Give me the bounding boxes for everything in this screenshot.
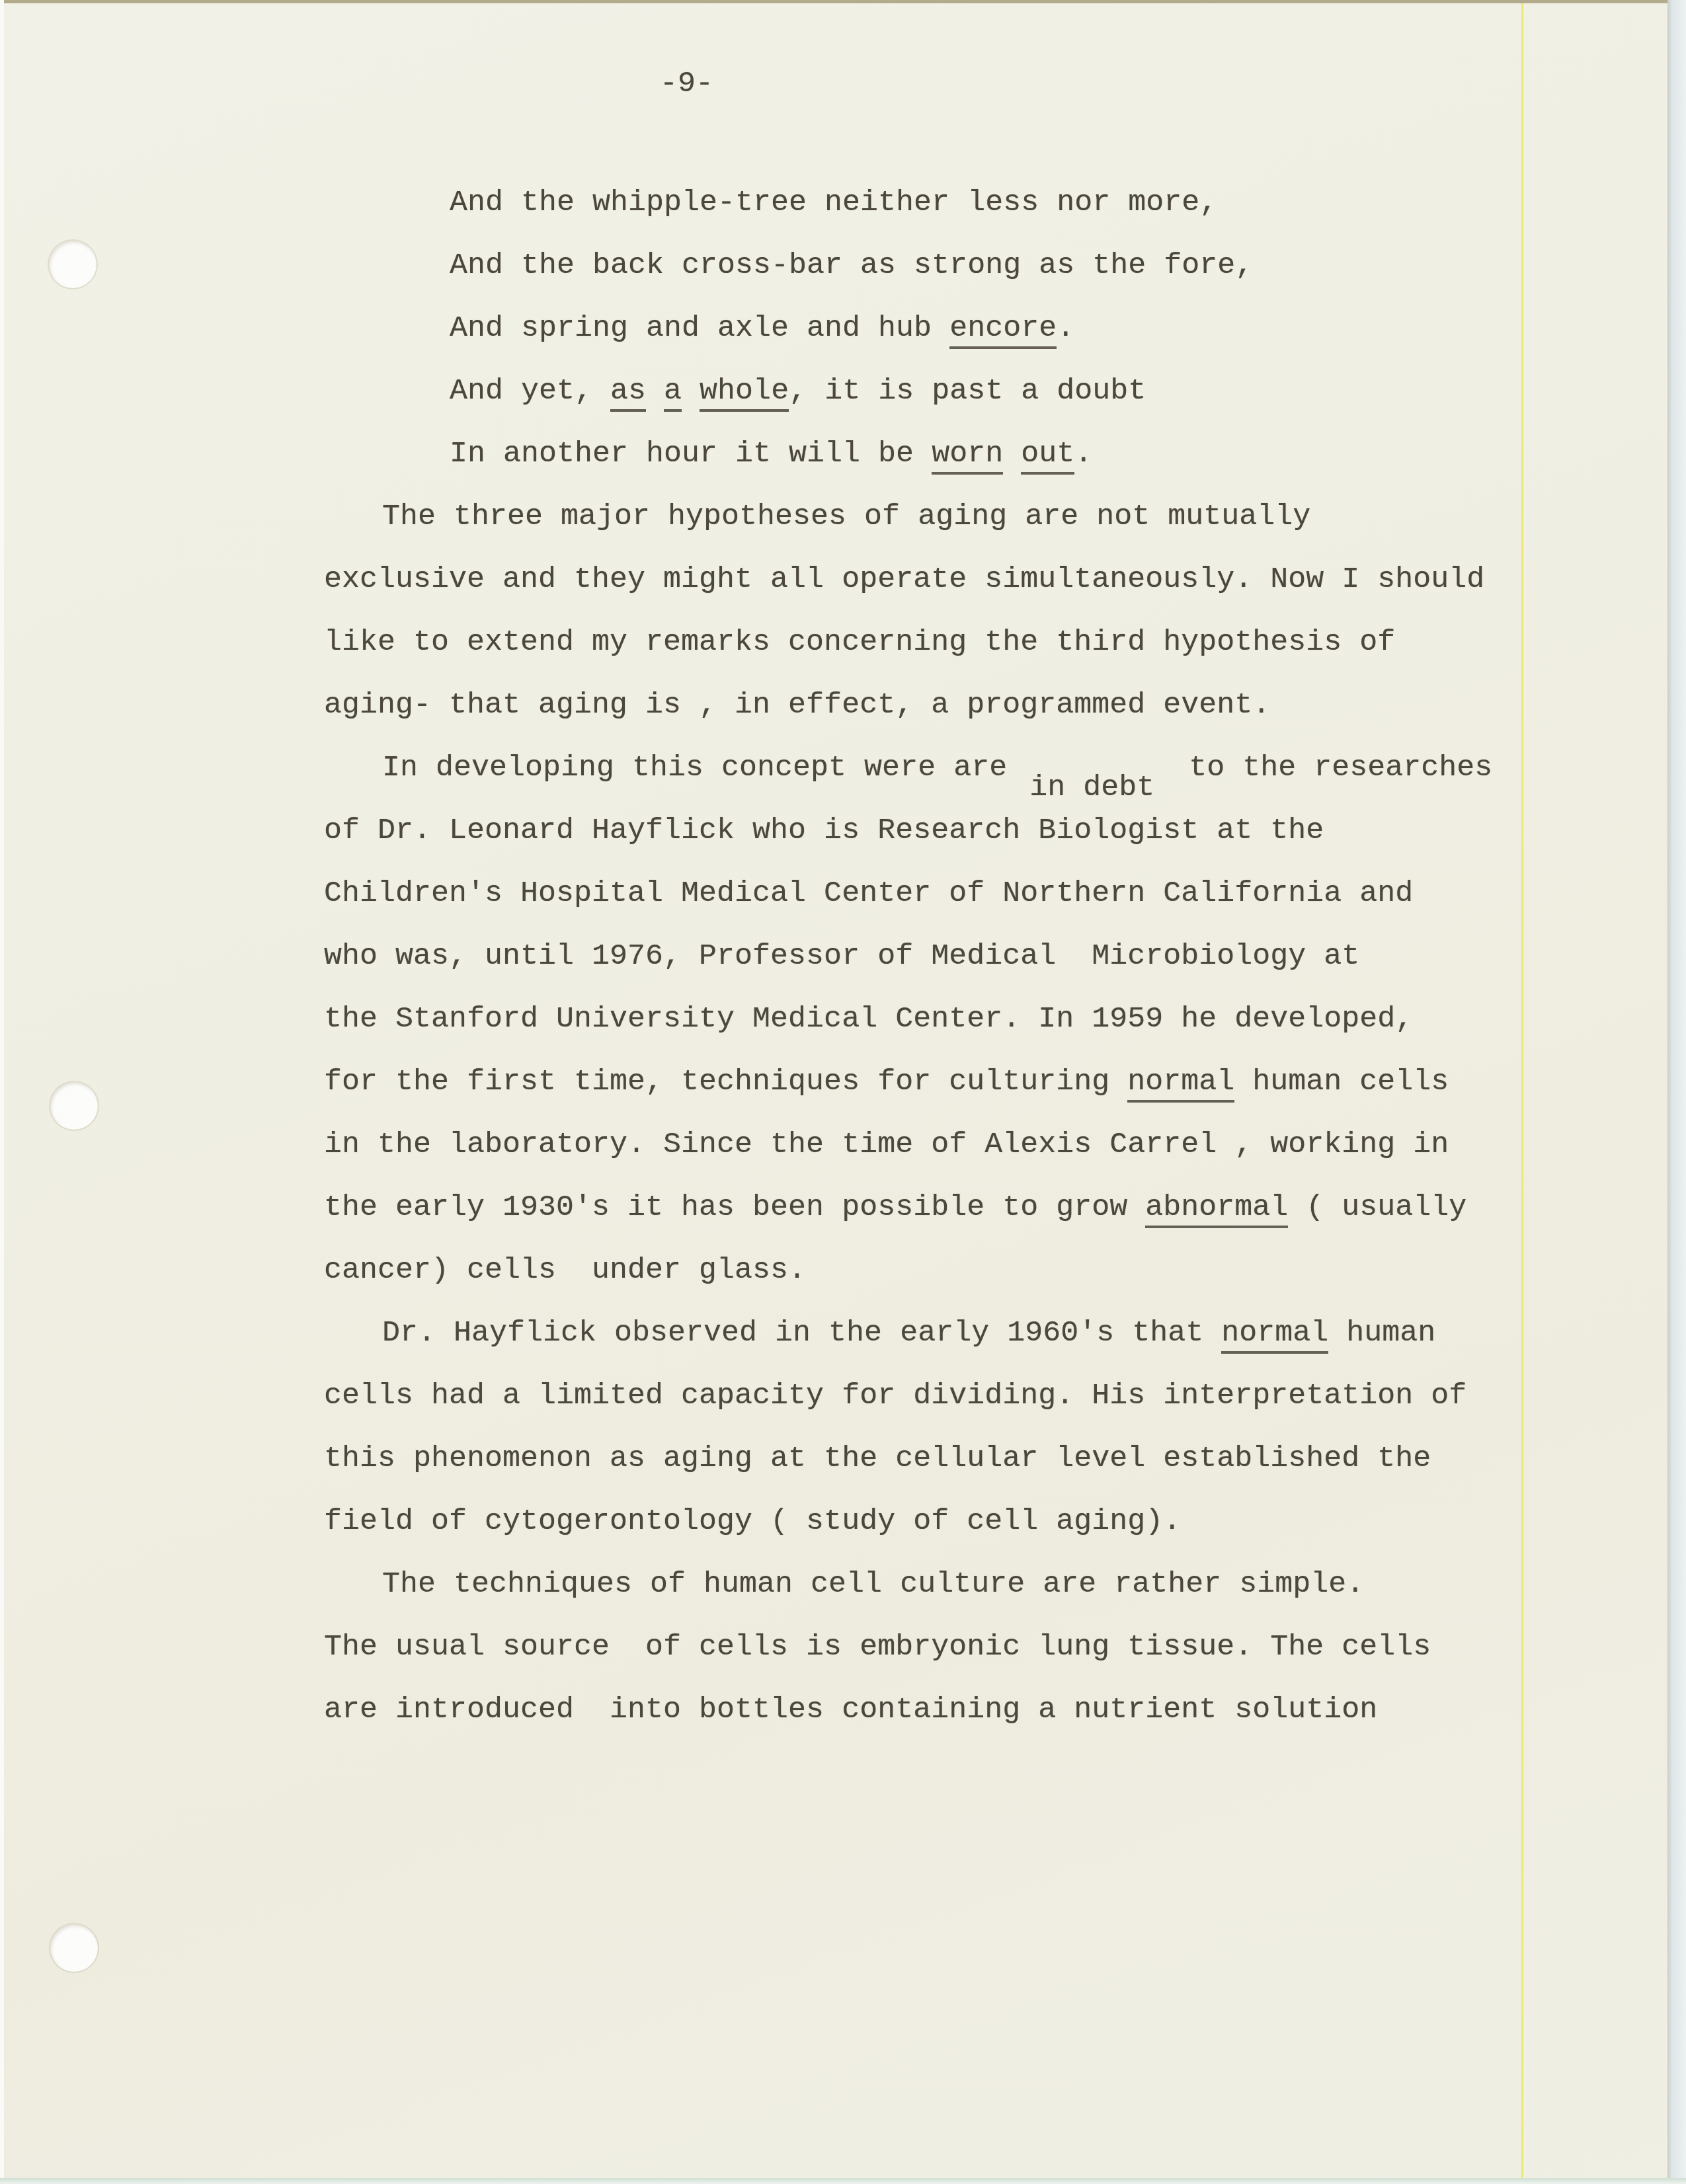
punch-hole [50, 1082, 98, 1130]
text-line: The usual source of cells is embryonic l… [324, 1631, 1431, 1664]
underlined-text: as [610, 374, 646, 412]
text-line: cells had a limited capacity for dividin… [324, 1380, 1466, 1413]
text-segment: like to extend my remarks concerning the… [324, 625, 1395, 659]
text-segment: , it is past a doubt [789, 374, 1146, 408]
text-segment: cells had a limited capacity for dividin… [324, 1379, 1466, 1413]
text-line: this phenomenon as aging at the cellular… [324, 1442, 1431, 1475]
text-line: who was, until 1976, Professor of Medica… [324, 940, 1359, 973]
text-line: The techniques of human cell culture are… [382, 1568, 1364, 1601]
text-line: for the first time, techniques for cultu… [324, 1066, 1449, 1099]
scan-edge-bottom [0, 2178, 1686, 2184]
text-segment: for the first time, techniques for cultu… [324, 1065, 1127, 1099]
text-segment: The three major hypotheses of aging are … [382, 500, 1310, 533]
text-segment: And the back cross-bar as strong as the … [450, 249, 1253, 282]
text-line: exclusive and they might all operate sim… [324, 563, 1484, 596]
text-segment: exclusive and they might all operate sim… [324, 563, 1484, 596]
text-segment: The usual source of cells is embryonic l… [324, 1630, 1431, 1664]
text-segment: . [1057, 311, 1074, 345]
text-segment: And yet, [450, 374, 610, 408]
punch-hole [50, 1924, 98, 1972]
text-segment: In another hour it will be [450, 437, 932, 471]
underlined-text: abnormal [1145, 1190, 1288, 1228]
text-segment: field of cytogerontology ( study of cell… [324, 1504, 1181, 1538]
text-segment [646, 374, 664, 408]
text-line: the Stanford University Medical Center. … [324, 1003, 1413, 1036]
text-segment: cancer) cells under glass. [324, 1253, 806, 1287]
text-segment: The techniques of human cell culture are… [382, 1567, 1364, 1601]
text-segment: aging- that aging is , in effect, a prog… [324, 688, 1270, 722]
text-segment: Dr. Hayflick observed in the early 1960'… [382, 1316, 1221, 1350]
text-segment: of Dr. Leonard Hayflick who is Research … [324, 814, 1324, 847]
text-segment: And the whipple-tree neither less nor mo… [450, 186, 1217, 219]
text-segment: ( usually [1288, 1190, 1466, 1224]
underlined-text: encore [949, 311, 1057, 349]
text-segment: the Stanford University Medical Center. … [324, 1002, 1413, 1036]
scan-edge-right [1667, 0, 1686, 2184]
punch-hole [49, 241, 97, 288]
text-segment: human cells [1234, 1065, 1449, 1099]
underlined-text: out [1021, 437, 1074, 475]
text-line: the early 1930's it has been possible to… [324, 1191, 1466, 1224]
page-number: -9- [660, 67, 713, 100]
text-segment: are introduced into bottles containing a… [324, 1693, 1377, 1727]
scan-edge-left [0, 0, 4, 2184]
scan-edge-top [0, 0, 1686, 3]
text-segment: the early 1930's it has been possible to… [324, 1190, 1145, 1224]
text-segment: who was, until 1976, Professor of Medica… [324, 939, 1359, 973]
text-line: In another hour it will be worn out. [450, 438, 1092, 471]
underlined-text: normal [1127, 1065, 1234, 1103]
inserted-text: in debt [1029, 771, 1154, 804]
text-segment: this phenomenon as aging at the cellular… [324, 1442, 1431, 1475]
text-line: Dr. Hayflick observed in the early 1960'… [382, 1317, 1435, 1350]
text-segment [1003, 437, 1021, 471]
text-line: And the whipple-tree neither less nor mo… [450, 186, 1217, 219]
text-line: like to extend my remarks concerning the… [324, 626, 1395, 659]
text-segment: And spring and axle and hub [450, 311, 949, 345]
text-line: Children's Hospital Medical Center of No… [324, 877, 1413, 910]
text-line: aging- that aging is , in effect, a prog… [324, 689, 1270, 722]
text-segment [682, 374, 700, 408]
text-line: In developing this concept were arein de… [382, 752, 1492, 785]
text-line: And yet, as a whole, it is past a doubt [450, 375, 1146, 408]
text-line: field of cytogerontology ( study of cell… [324, 1505, 1181, 1538]
text-segment: human [1328, 1316, 1435, 1350]
text-line: are introduced into bottles containing a… [324, 1694, 1377, 1727]
underlined-text: worn [932, 437, 1003, 475]
underlined-text: normal [1221, 1316, 1328, 1354]
text-line: in the laboratory. Since the time of Ale… [324, 1128, 1449, 1161]
text-segment: Children's Hospital Medical Center of No… [324, 877, 1413, 910]
text-segment: in the laboratory. Since the time of Ale… [324, 1128, 1449, 1161]
scanned-page: -9- And the whipple-tree neither less no… [0, 0, 1686, 2184]
underlined-text: whole [700, 374, 789, 412]
text-line: of Dr. Leonard Hayflick who is Research … [324, 814, 1324, 847]
text-segment: to the researches [1189, 751, 1492, 785]
text-line: And spring and axle and hub encore. [450, 312, 1074, 345]
text-line: The three major hypotheses of aging are … [382, 500, 1310, 533]
text-segment: . [1074, 437, 1092, 471]
underlined-text: a [664, 374, 682, 412]
text-segment: In developing this concept were are [382, 751, 1007, 785]
text-line: And the back cross-bar as strong as the … [450, 249, 1253, 282]
margin-rule-line [1521, 0, 1523, 2184]
text-line: cancer) cells under glass. [324, 1254, 806, 1287]
